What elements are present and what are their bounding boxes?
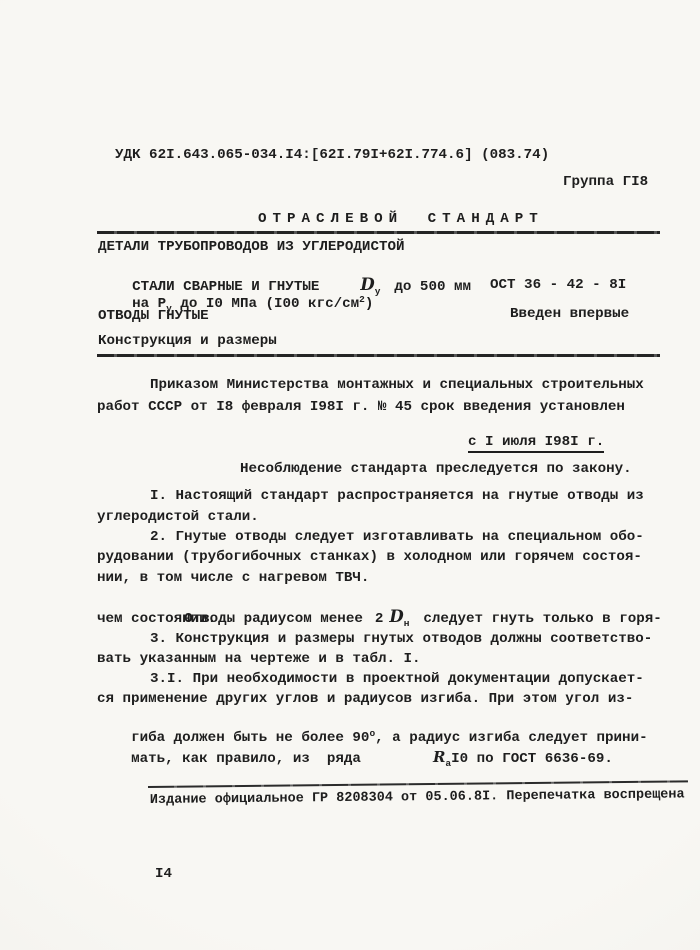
diameter-subscript: у <box>375 286 381 297</box>
series-text: мать, как правило, из ряда <box>131 751 361 767</box>
paragraph-4-line-1: 3. Конструкция и размеры гнутых отводов … <box>150 631 652 648</box>
page-number: I4 <box>155 866 172 883</box>
introduced-note: Введен впервые <box>510 306 629 323</box>
preamble-line-2: работ СССР от I8 февраля I98I г. № 45 ср… <box>97 399 625 416</box>
paragraph-5-line-2: ся применение других углов и радиусов из… <box>97 691 633 708</box>
effective-date-text: с I июля I98I г. <box>468 434 604 453</box>
radius-multiplier: 2 <box>375 611 384 627</box>
paragraph-3-tail: следует гнуть только в горя- <box>423 611 661 627</box>
title-line-1: ДЕТАЛИ ТРУБОПРОВОДОВ ИЗ УГЛЕРОДИСТОЙ <box>98 239 405 256</box>
paragraph-4-line-2: вать указанным на чертеже и в табл. I. <box>97 651 421 668</box>
diameter-outer-subscript: н <box>404 618 410 629</box>
paragraph-2-line-3: нии, в том числе с нагревом ТВЧ. <box>97 570 369 587</box>
law-notice: Несоблюдение стандарта преследуется по з… <box>240 461 632 478</box>
paragraph-5-line-1: 3.I. При необходимости в проектной докум… <box>150 671 644 688</box>
subject-title: ОТВОДЫ ГНУТЫЕ <box>98 308 209 325</box>
paragraph-1-line-2: углеродистой стали. <box>97 509 259 526</box>
paragraph-5-line-4: мать, как правило, из рядаRaI0 по ГОСТ 6… <box>97 731 613 786</box>
pressure-close-paren: ) <box>365 296 374 312</box>
paragraph-2-line-1: 2. Гнутые отводы следует изготавливать н… <box>150 529 644 546</box>
rule-bottom <box>97 354 660 357</box>
standard-type-heading: ОТРАСЛЕВОЙ СТАНДАРТ <box>258 211 544 228</box>
ra-series-symbol: R <box>433 748 445 766</box>
title-line-2-tail: до 500 мм <box>394 279 471 295</box>
rule-top <box>97 231 660 234</box>
udk-number: УДК 62I.643.065-034.I4:[62I.79I+62I.774.… <box>115 147 549 164</box>
subtitle: Конструкция и размеры <box>98 333 277 350</box>
document-page: УДК 62I.643.065-034.I4:[62I.79I+62I.774.… <box>0 0 700 950</box>
group-label: Группа ГI8 <box>563 174 648 191</box>
gost-reference: I0 по ГОСТ 6636-69. <box>451 751 613 767</box>
diameter-symbol-outer: D <box>389 607 403 626</box>
effective-date: с I июля I98I г. <box>468 434 604 451</box>
paragraph-2-line-2: рудовании (трубогибочных станках) в холо… <box>97 549 642 566</box>
paragraph-1-line-1: I. Настоящий стандарт распространяется н… <box>150 488 644 505</box>
preamble-line-1: Приказом Министерства монтажных и специа… <box>150 377 644 394</box>
ost-number: ОСТ 36 - 42 - 8I <box>490 277 626 294</box>
edition-notice: Издание официальное ГР 8208304 от 05.06.… <box>150 787 685 809</box>
paragraph-3-line-2: чем состоянии. <box>97 611 216 628</box>
